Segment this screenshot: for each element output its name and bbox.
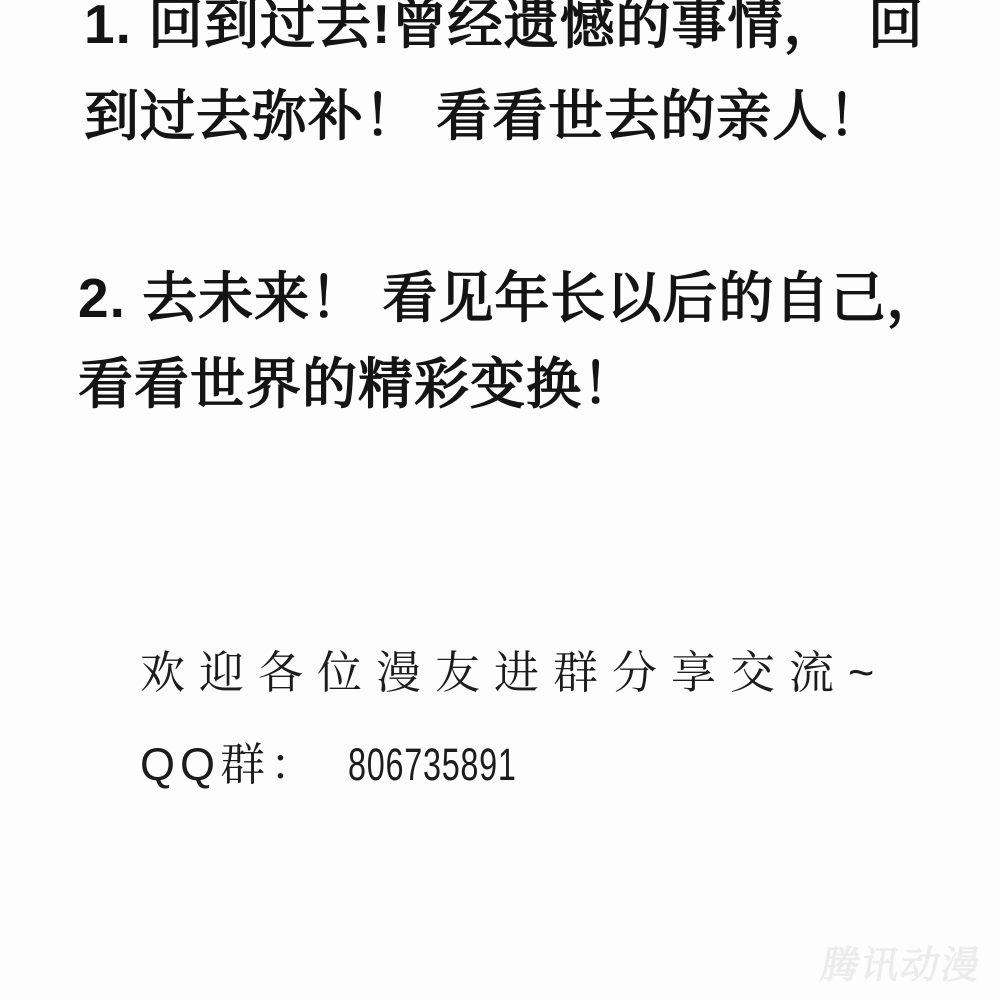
group-invite-text: 欢迎各位漫友进群分享交流~ xyxy=(140,648,888,698)
qq-group-label: QQ群： xyxy=(140,739,320,790)
announcement-item2-line1: 2. 去未来！ 看见年长以后的自己， xyxy=(78,268,942,329)
tencent-comics-watermark: 腾讯动漫 xyxy=(817,934,987,989)
announcement-item2-line2: 看看世界的精彩变换！ xyxy=(78,354,638,415)
comic-end-page: 1. 回到过去!曾经遗憾的事情， 回 到过去弥补！ 看看世去的亲人！ 2. 去未… xyxy=(0,0,1000,1000)
announcement-item1-line2: 到过去弥补！ 看看世去的亲人！ xyxy=(84,86,884,147)
qq-group-number: 806735891 xyxy=(348,740,517,790)
announcement-item1-line1: 1. 回到过去!曾经遗憾的事情， 回 xyxy=(84,0,924,55)
qq-group-line: QQ群：806735891 xyxy=(140,740,582,790)
